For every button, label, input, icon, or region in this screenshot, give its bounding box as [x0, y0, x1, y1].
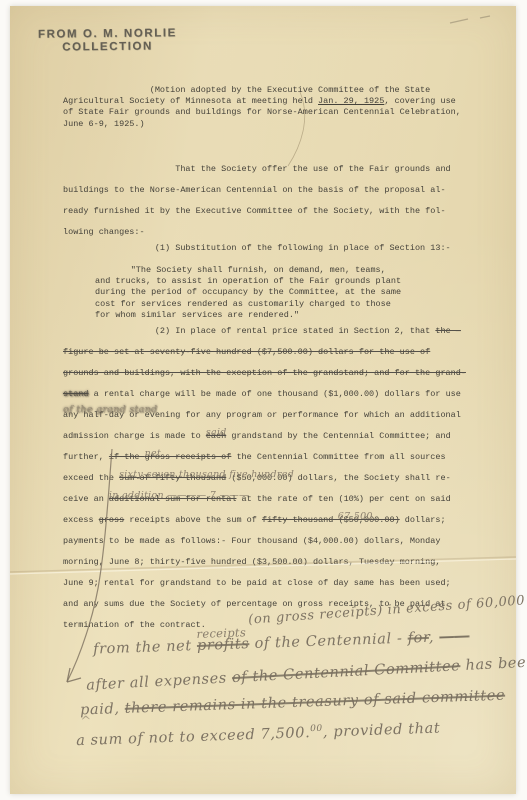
text-line: further, if the gross receipts ofnet the…	[63, 447, 466, 468]
item-1-heading: (1) Substitution of the following in pla…	[63, 243, 451, 254]
text-segment: , provided that	[323, 720, 441, 740]
text-line: for whom similar services are rendered."	[95, 310, 401, 321]
text-segment: cost for services rendered as customaril…	[95, 299, 391, 309]
text-segment: admission charge is made to	[63, 431, 206, 441]
text-segment: June 9; rental for grandstand to be paid…	[63, 578, 451, 588]
text-segment: exceed the	[63, 473, 119, 483]
text-segment: "The Society shall furnish, on demand, m…	[95, 265, 386, 275]
handwritten-note: said	[206, 422, 227, 443]
text-line: figure be set at seventy-five hundred ($…	[63, 342, 466, 363]
text-segment: additional sum for rentalin addition ———…	[109, 494, 237, 504]
text-line: Agricultural Society of Minnesota at mee…	[63, 96, 461, 107]
pencil-dash-top-right	[450, 16, 490, 23]
text-segment: sum of fifty thousandsixty-seven thousan…	[119, 473, 226, 483]
text-segment: ($50,000.00) dollars, the Society shall …	[226, 473, 450, 483]
text-segment: That the Society offer the use of the Fa…	[63, 164, 451, 174]
text-segment: paid,^	[80, 701, 120, 718]
text-segment: 00	[310, 724, 323, 734]
text-segment: morning, June 8; thirty-five hundred ($3…	[63, 557, 440, 567]
text-line: admission charge is made to eachsaid gra…	[63, 426, 466, 447]
text-segment: standof the grand stand	[63, 389, 89, 399]
text-segment: profitsreceipts	[197, 636, 250, 654]
text-segment: from the net	[93, 638, 197, 658]
text-segment: gross	[99, 515, 125, 525]
text-segment: ceive an	[63, 494, 109, 504]
text-segment: a rental charge will be made of one thou…	[89, 389, 461, 399]
text-segment: grounds and buildings, with the exceptio…	[63, 368, 466, 378]
handwritten-note: net	[145, 443, 161, 464]
text-line: ceive an additional sum for rentalin add…	[63, 489, 466, 510]
text-segment: any half-day or evening for any program …	[63, 410, 461, 420]
text-line: excess gross receipts above the sum of f…	[63, 510, 466, 531]
text-segment: fifty thousand ($50,000.00)67,500	[262, 515, 400, 525]
margin-arrowhead	[67, 668, 81, 682]
text-segment: Jan. 29, 1925	[318, 96, 384, 106]
text-segment: ready furnished it by the Executive Comm…	[63, 206, 446, 216]
text-segment: there remains in the treasury of said co…	[125, 688, 506, 717]
handwritten-line-2: after all expenses of the Centennial Com…	[86, 654, 527, 694]
text-segment: for	[407, 630, 429, 647]
text-segment: of the Centennial Committee	[232, 658, 461, 686]
text-segment: gross receipts ofnet	[145, 452, 232, 462]
text-segment: eachsaid	[206, 431, 226, 441]
text-line: of State Fair grounds and buildings for …	[63, 107, 461, 118]
text-line: June 9; rental for grandstand to be paid…	[63, 573, 466, 594]
handwritten-note: 67,500	[338, 506, 373, 527]
stamp-line-2: COLLECTION	[38, 40, 177, 54]
handwritten-note: in addition ———— 7 ———	[109, 485, 249, 506]
text-segment: further,	[63, 452, 109, 462]
text-segment: for whom similar services are rendered."	[95, 310, 299, 320]
text-line: buildings to the Norse-American Centenni…	[63, 180, 451, 201]
handwritten-line-4: a sum of not to exceed 7,500.00, provide…	[76, 717, 441, 750]
text-segment: (2) In place of rental price stated in S…	[63, 326, 435, 336]
text-segment: if the	[109, 452, 145, 462]
text-segment: (1) Substitution of the following in pla…	[63, 243, 451, 253]
text-line: payments to be made as follows:- Four th…	[63, 531, 466, 552]
text-segment: Agricultural Society of Minnesota at mee…	[63, 96, 318, 106]
text-line: lowing changes:-	[63, 222, 451, 243]
text-line: cost for services rendered as customaril…	[95, 299, 401, 310]
text-segment: the ―	[435, 326, 461, 336]
text-line: "The Society shall furnish, on demand, m…	[95, 265, 401, 276]
text-segment: dollars;	[400, 515, 446, 525]
opening-paragraph: That the Society offer the use of the Fa…	[63, 159, 451, 243]
text-line: standof the grand stand a rental charge …	[63, 384, 466, 405]
text-segment: lowing changes:-	[63, 227, 145, 237]
text-line: (2) In place of rental price stated in S…	[63, 321, 466, 342]
text-line: exceed the sum of fifty thousandsixty-se…	[63, 468, 466, 489]
text-segment: grandstand by the Centennial Committee; …	[226, 431, 450, 441]
text-line: and trucks, to assist in operation of th…	[95, 276, 401, 287]
text-line: (Motion adopted by the Executive Committ…	[63, 85, 461, 96]
text-segment: ——	[439, 628, 470, 645]
text-segment: and trucks, to assist in operation of th…	[95, 276, 401, 286]
text-line: paid,^ there remains in the treasury of …	[80, 688, 506, 719]
text-segment: the Centennial Committee from all source…	[231, 452, 445, 462]
item-2-paragraph: (2) In place of rental price stated in S…	[63, 321, 466, 636]
text-line: grounds and buildings, with the exceptio…	[63, 363, 466, 384]
text-segment: payments to be made as follows:- Four th…	[63, 536, 440, 546]
text-segment: , covering use	[384, 96, 455, 106]
text-line: after all expenses of the Centennial Com…	[86, 654, 527, 694]
text-segment: (Motion adopted by the Executive Committ…	[63, 85, 430, 95]
text-line: any half-day or evening for any program …	[63, 405, 466, 426]
motion-header-paragraph: (Motion adopted by the Executive Committ…	[63, 85, 461, 130]
text-segment: a sum of not to exceed 7,500.	[76, 725, 311, 749]
text-segment: receipts above the sum of	[124, 515, 262, 525]
text-segment: figure be set at seventy-five hundred ($…	[63, 347, 430, 357]
scanned-paper: FROM O. M. NORLIE COLLECTION (Motion ado…	[10, 6, 516, 794]
collection-stamp: FROM O. M. NORLIE COLLECTION	[38, 27, 177, 54]
section-13-quote-block: "The Society shall furnish, on demand, m…	[95, 265, 401, 321]
stamp-line-1: FROM O. M. NORLIE	[38, 27, 177, 41]
text-line: June 6-9, 1925.)	[63, 119, 461, 130]
text-segment: after all expenses	[86, 670, 233, 694]
text-line: a sum of not to exceed 7,500.00, provide…	[76, 717, 441, 750]
text-segment: termination of the contract.	[63, 620, 206, 630]
text-segment: excess	[63, 515, 99, 525]
text-segment: June 6-9, 1925.)	[63, 119, 145, 129]
text-line: during the period of occupancy by the Co…	[95, 287, 401, 298]
text-line: (1) Substitution of the following in pla…	[63, 243, 451, 254]
text-line: morning, June 8; thirty-five hundred ($3…	[63, 552, 466, 573]
handwritten-line-3: paid,^ there remains in the treasury of …	[80, 688, 506, 719]
text-line: ready furnished it by the Executive Comm…	[63, 201, 451, 222]
text-segment: during the period of occupancy by the Co…	[95, 287, 401, 297]
text-segment: buildings to the Norse-American Centenni…	[63, 185, 446, 195]
text-segment: at the rate of ten (10%) per cent on sai…	[236, 494, 450, 504]
text-line: That the Society offer the use of the Fa…	[63, 159, 451, 180]
text-segment: has been	[460, 654, 527, 674]
text-segment: of State Fair grounds and buildings for …	[63, 107, 461, 117]
